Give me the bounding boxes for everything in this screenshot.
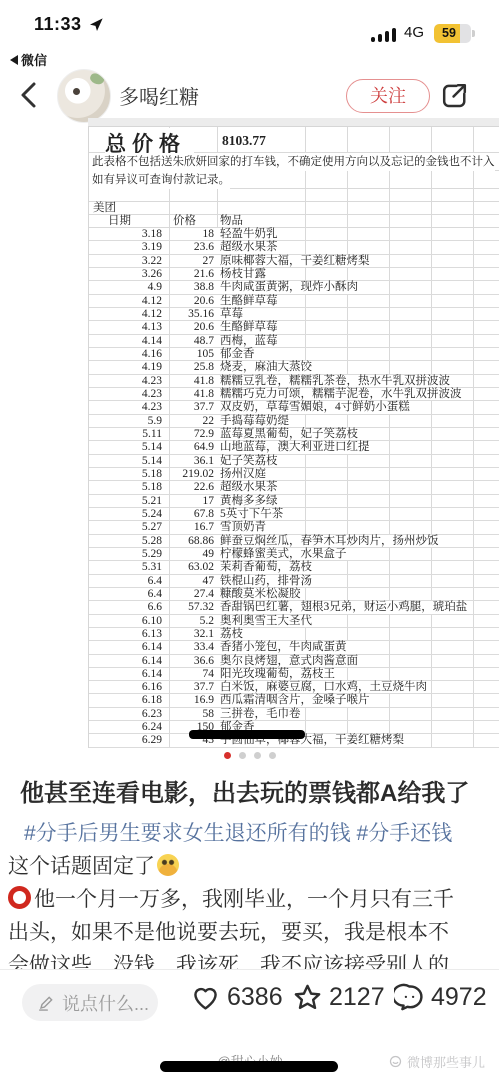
carousel-dots [0, 752, 499, 759]
col-item: 物品 [217, 215, 243, 227]
star-icon [292, 982, 323, 1013]
table-row: 5.2949柠檬蜂蜜美式，水果盒子 [89, 548, 499, 561]
network-type: 4G [404, 24, 424, 41]
body-line-1: 他一个月一万多，我刚毕业，一个月只有三千 [34, 888, 454, 911]
section-row: 美团 [89, 202, 499, 215]
table-row: 4.1220.6生酪鲜草莓 [89, 295, 499, 308]
table-row: 4.2337.7双皮奶，草莓雪媚娘，4寸鲜奶小蛋糕 [89, 401, 499, 414]
table-row: 5.1436.1妃子笑荔枝 [89, 455, 499, 468]
battery-icon: 59 [434, 24, 471, 43]
table-row: 4.2341.8糯糯巧克力可颂，糯糯芋泥卷，水牛乳双拼波波 [89, 388, 499, 401]
col-price: 价格 [169, 215, 217, 227]
table-row: 5.922手捣莓莓奶缇 [89, 415, 499, 428]
carousel-dot [239, 752, 246, 759]
return-app-label: 微信 [21, 50, 47, 69]
carousel-dot [269, 752, 276, 759]
location-arrow-icon [88, 17, 104, 33]
table-row: 3.2227原味椰蓉大福，干姜红糖烤梨 [89, 255, 499, 268]
table-row: 6.447铁棍山药，排骨汤 [89, 575, 499, 588]
back-triangle-icon [10, 55, 18, 65]
status-bar: 11:33 4G 59 [0, 0, 499, 50]
table-row: 5.2117黄梅多多绿 [89, 495, 499, 508]
table-row: 5.2467.85英寸下午茶 [89, 508, 499, 521]
back-button[interactable] [16, 80, 42, 110]
table-row: 6.1436.6奥尔良烤翅，意式肉酱意面 [89, 655, 499, 668]
post-header: 多喝红糖 关注 [0, 68, 499, 124]
table-row: 5.2716.7雪顶奶青 [89, 521, 499, 534]
empty-row [89, 189, 499, 202]
sheet-top-blur [88, 118, 499, 126]
expense-table: 总价格 8103.77 此表格不包括送朱欣妍回家的打车钱，不确定使用方向以及忘记… [88, 126, 499, 748]
comment-count: 4972 [431, 983, 487, 1012]
right-watermark: 微博那些事儿 [388, 1052, 485, 1071]
table-row: 5.1172.9蓝莓夏黑葡萄，妃子笑荔枝 [89, 428, 499, 441]
battery-nub [472, 30, 475, 37]
table-row: 6.657.32香甜锅巴红薯，翅根3兄弟，财运小鸡腿，琥珀盐 [89, 601, 499, 614]
body-line-2: 出头，如果不是他说要去玩，要买，我是根本不 [8, 916, 494, 949]
clock: 11:33 [34, 14, 82, 35]
table-row: 4.1925.8烧麦，麻油大蒸饺 [89, 361, 499, 374]
red-circle-emoji [8, 886, 31, 909]
hashtag-line: #分手后男生要求女生退还所有的钱 #分手还钱 [24, 817, 494, 847]
comment-bubble-icon [394, 982, 425, 1013]
total-value: 8103.77 [218, 133, 270, 149]
topic-line: 这个话题固定了 [8, 855, 155, 878]
action-bar: 说点什么... 6386 2127 4972 [0, 970, 499, 1050]
table-row: 4.16105郁金香 [89, 348, 499, 361]
return-to-wechat-link[interactable]: 微信 [10, 50, 47, 69]
table-row: 5.2868.86鲜蚕豆焖丝瓜，春笋木耳炒肉片，扬州炒饭 [89, 535, 499, 548]
username[interactable]: 多喝红糖 [119, 81, 199, 110]
avatar[interactable] [57, 69, 111, 123]
share-icon[interactable] [438, 79, 471, 112]
hashtag-link-2[interactable]: #分手还钱 [357, 822, 453, 845]
table-row: 6.1332.1荔枝 [89, 628, 499, 641]
total-row: 总价格 8103.77 [89, 127, 499, 153]
comment-button[interactable]: 4972 [394, 982, 487, 1013]
favorite-count: 2127 [329, 983, 385, 1012]
table-row: 4.1320.6生酪鲜草莓 [89, 321, 499, 334]
col-date: 日期 [89, 215, 169, 227]
note-row-1: 此表格不包括送朱欣妍回家的打车钱，不确定使用方向以及忘记的金钱也不计入 [89, 153, 499, 171]
table-row: 6.2358三拼卷，毛巾卷 [89, 708, 499, 721]
redaction-bar [189, 730, 305, 739]
body-line-3: 会做这些，没钱，我该死，我不应该接受别人的 [8, 949, 494, 970]
expense-rows: 3.1818轻盈牛奶乳3.1923.6超级水果茶3.2227原味椰蓉大福，干姜红… [89, 228, 499, 748]
table-row: 4.1235.16草莓 [89, 308, 499, 321]
signal-strength-icon [371, 26, 399, 42]
table-row: 5.1822.6超级水果茶 [89, 481, 499, 494]
like-button[interactable]: 6386 [190, 982, 283, 1013]
hand-over-mouth-emoji [157, 854, 179, 876]
pencil-icon [36, 993, 56, 1013]
table-row: 3.1818轻盈牛奶乳 [89, 228, 499, 241]
battery-percent: 59 [434, 24, 464, 43]
table-row: 3.1923.6超级水果茶 [89, 241, 499, 254]
table-row: 5.3163.02茉莉香葡萄，荔枝 [89, 561, 499, 574]
note-row-2: 如有异议可查询付款记录。 [89, 171, 499, 189]
carousel-dot [254, 752, 261, 759]
like-count: 6386 [227, 983, 283, 1012]
table-row: 6.105.2奥利奥雪王大圣代 [89, 615, 499, 628]
watermark-logo-icon [388, 1054, 403, 1069]
post-body: 这个话题固定了 他一个月一万多，我刚毕业，一个月只有三千 出头，如果不是他说要去… [8, 850, 494, 970]
comment-placeholder: 说点什么... [62, 990, 149, 1016]
table-row: 5.18219.02扬州汉庭 [89, 468, 499, 481]
follow-button[interactable]: 关注 [346, 79, 430, 113]
post-headline: 他甚至连看电影，出去玩的票钱都A给我了 [20, 773, 492, 808]
comment-input[interactable]: 说点什么... [22, 984, 158, 1021]
hashtag-link-1[interactable]: #分手后男生要求女生退还所有的钱 [24, 822, 351, 845]
table-row: 4.1448.7西梅，蓝莓 [89, 335, 499, 348]
table-row: 4.938.8牛肉咸蛋黄粥，现炸小酥肉 [89, 281, 499, 294]
table-row: 6.1816.9西瓜霜清咽含片，金嗓子喉片 [89, 694, 499, 707]
carousel-dot [224, 752, 231, 759]
expense-sheet-image[interactable]: 总价格 8103.77 此表格不包括送朱欣妍回家的打车钱，不确定使用方向以及忘记… [88, 118, 499, 748]
column-header-row: 日期 价格 物品 [89, 215, 499, 228]
favorite-button[interactable]: 2127 [292, 982, 385, 1013]
heart-icon [190, 982, 221, 1013]
table-row: 6.427.4糠酸莫米松凝胶 [89, 588, 499, 601]
table-row: 6.1433.4香猪小笼包，牛肉咸蛋黄 [89, 641, 499, 654]
table-row: 6.1474阳光玫瑰葡萄，荔枝王 [89, 668, 499, 681]
table-row: 5.1464.9山地蓝莓，澳大利亚进口红提 [89, 441, 499, 454]
center-redaction-bar [160, 1061, 338, 1072]
table-row: 4.2341.8糯糯豆乳卷，糯糯乳茶卷，热水牛乳双拼波波 [89, 375, 499, 388]
table-row: 3.2621.6杨枝甘露 [89, 268, 499, 281]
table-row: 6.1637.7白米饭，麻婆豆腐，口水鸡，土豆烧牛肉 [89, 681, 499, 694]
